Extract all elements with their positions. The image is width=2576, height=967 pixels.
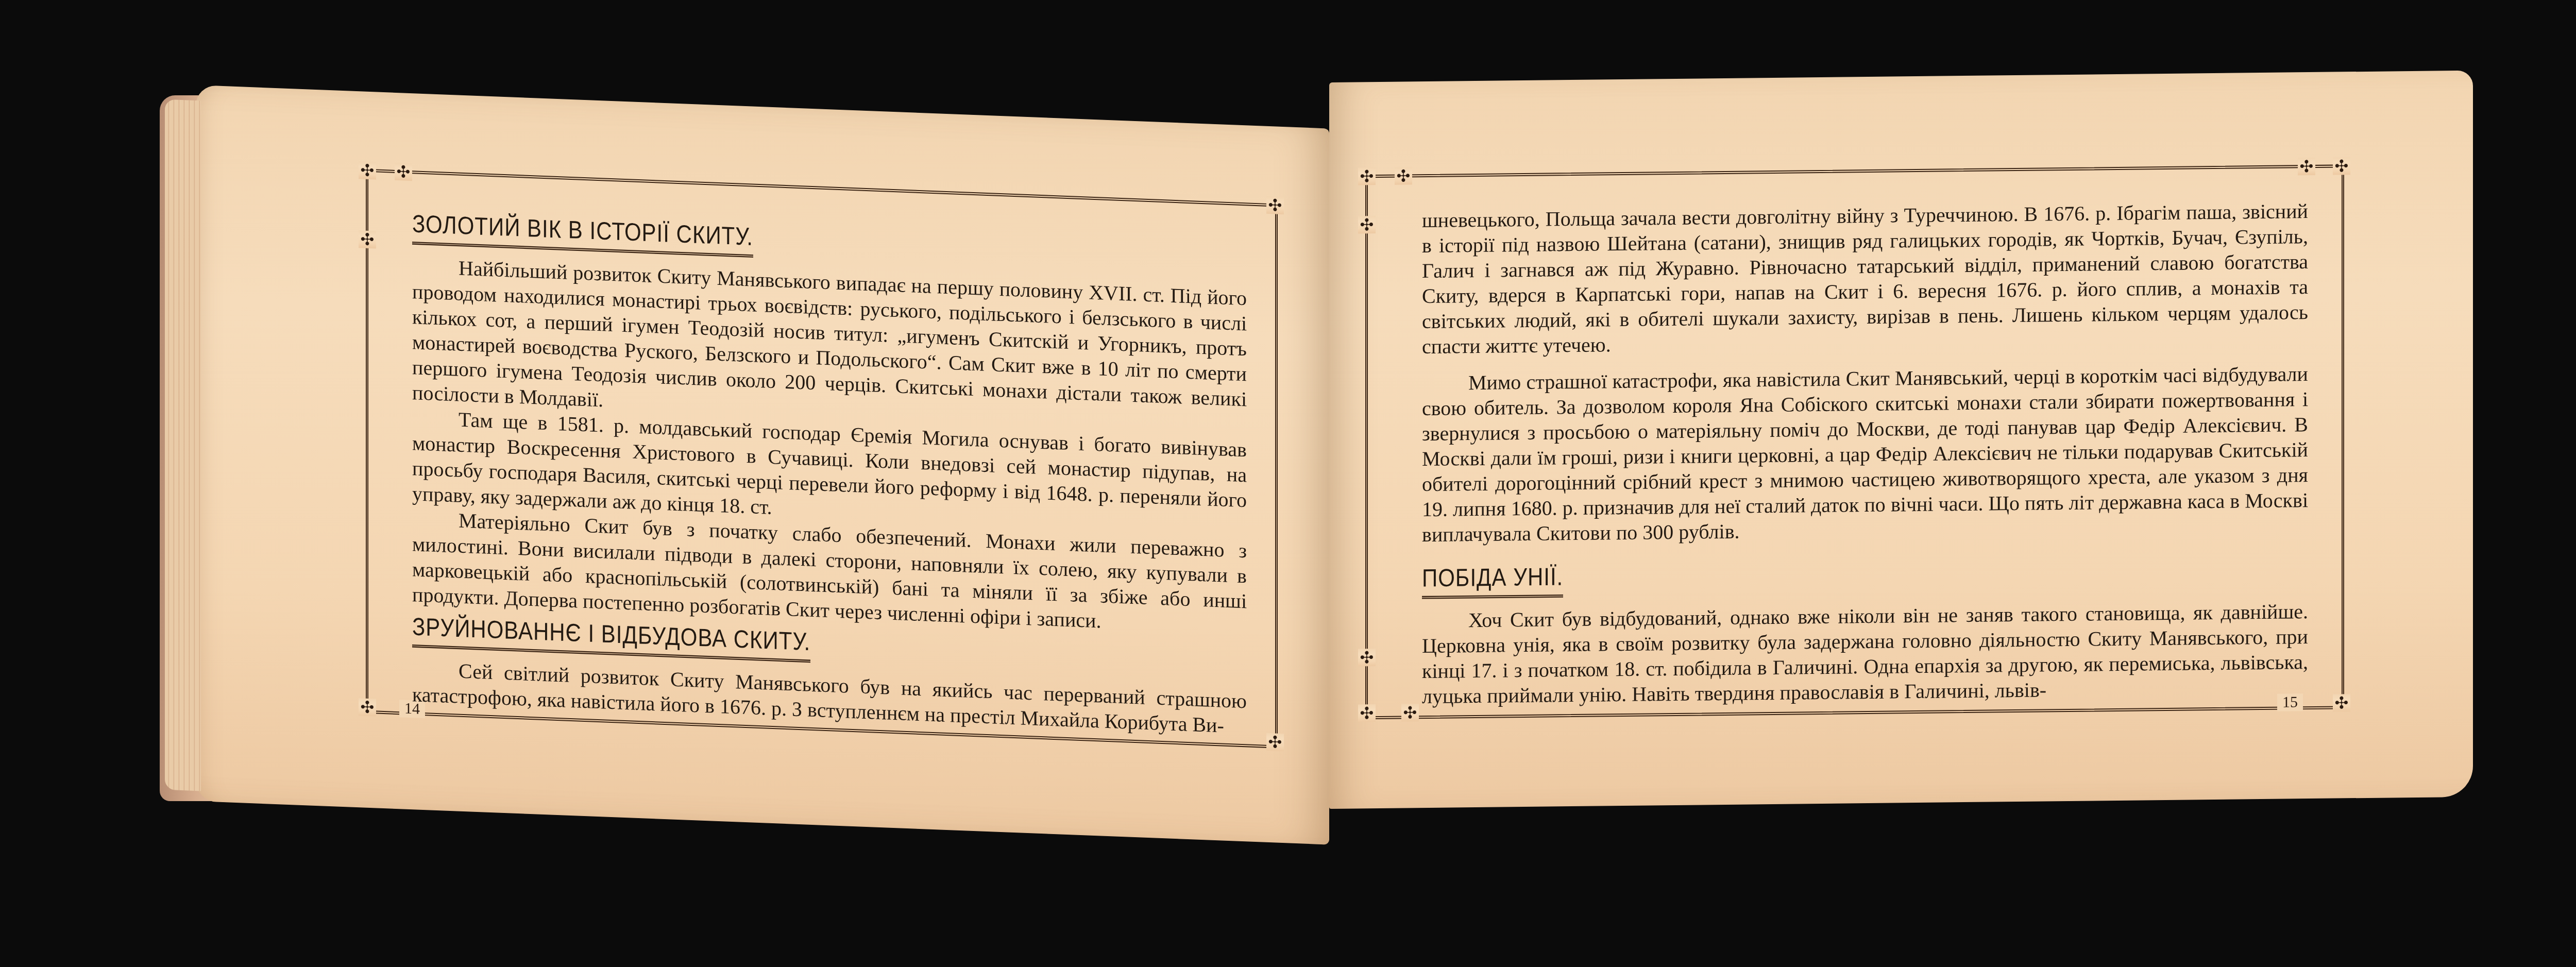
knot-ornament-icon: ✣ [2298, 158, 2315, 175]
knot-ornament-icon: ✣ [359, 161, 376, 179]
knot-ornament-icon: ✣ [2333, 157, 2350, 175]
knot-ornament-icon: ✣ [1266, 196, 1284, 214]
knot-ornament-icon: ✣ [1358, 704, 1376, 722]
knot-ornament-icon: ✣ [1358, 649, 1376, 666]
left-page-text: ЗОЛОТИЙ ВІК В ІСТОРІЇ СКИТУ. Найбільший … [412, 204, 1247, 739]
section-heading: ПОБІДА УНІЇ. [1422, 562, 1563, 599]
knot-ornament-icon: ✣ [1401, 704, 1419, 721]
right-page: ✣ ✣ ✣ ✣ ✣ ✣ ✣ ✣ ✣ 15 шневецького, Польща… [1329, 71, 2473, 809]
knot-ornament-icon: ✣ [359, 230, 376, 248]
right-page-text: шневецького, Польща зачала вести довголі… [1422, 198, 2308, 709]
page-stack [165, 99, 201, 791]
paragraph-continued: шневецького, Польща зачала вести довголі… [1422, 198, 2308, 359]
knot-ornament-icon: ✣ [1358, 167, 1376, 185]
paragraph: Хоч Скит був відбудований, однако вже ні… [1422, 599, 2308, 709]
knot-ornament-icon: ✣ [1358, 216, 1376, 233]
section-heading: ЗОЛОТИЙ ВІК В ІСТОРІЇ СКИТУ. [412, 209, 753, 258]
left-page: ✣ ✣ ✣ ✣ ✣ ✣ 14 ЗОЛОТИЙ ВІК В ІСТОРІЇ СКИ… [196, 85, 1329, 845]
knot-ornament-icon: ✣ [359, 698, 376, 716]
knot-ornament-icon: ✣ [2333, 694, 2350, 711]
knot-ornament-icon: ✣ [395, 163, 412, 181]
section-heading: ЗРУЙНОВАННЄ І ВІДБУДОВА СКИТУ. [412, 612, 810, 663]
knot-ornament-icon: ✣ [1266, 733, 1284, 751]
paragraph: Мимо страшної катастрофи, яка навістила … [1422, 361, 2308, 547]
knot-ornament-icon: ✣ [1395, 167, 1412, 184]
